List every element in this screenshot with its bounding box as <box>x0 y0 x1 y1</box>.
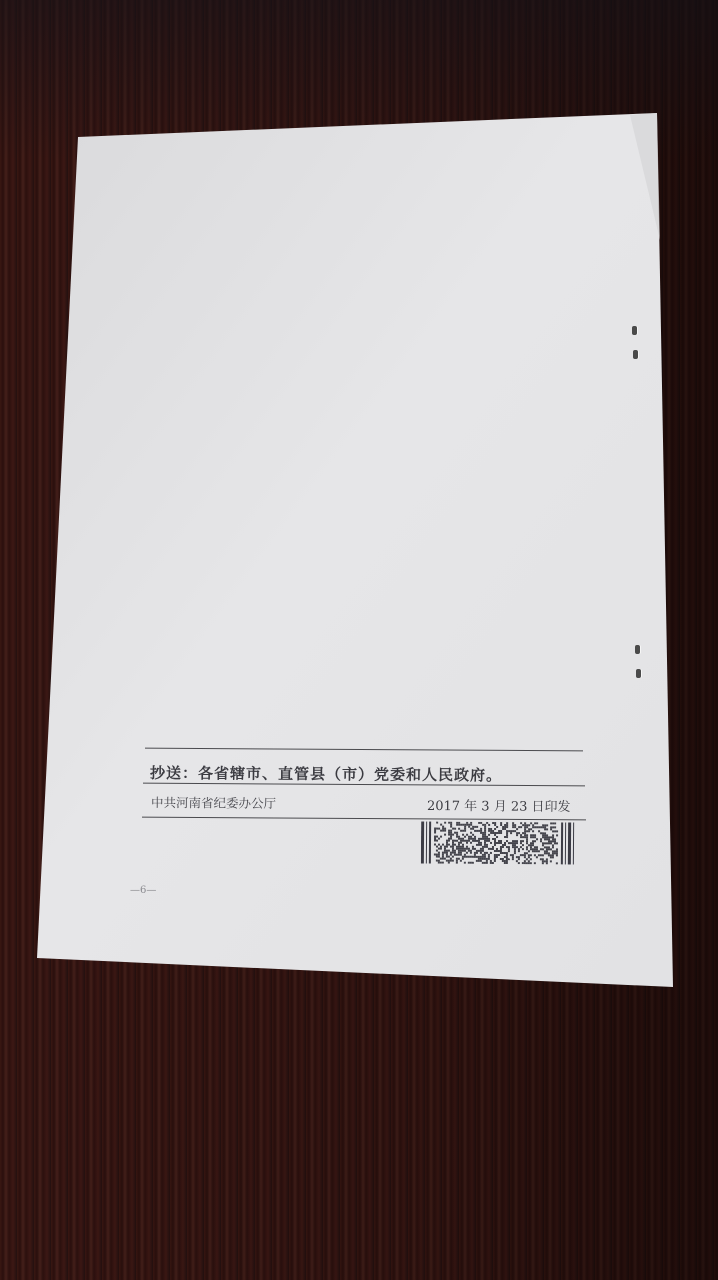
punch-hole <box>635 645 640 654</box>
divider-top <box>145 748 583 752</box>
cc-recipients: 抄送：各省辖市、直管县（市）党委和人民政府。 <box>150 762 502 785</box>
punch-hole <box>636 669 641 678</box>
2d-barcode-icon <box>421 821 577 864</box>
issue-date: 2017 年 3 月 23 日印发 <box>427 795 571 815</box>
punch-hole <box>633 350 638 359</box>
punch-hole <box>632 326 637 335</box>
issuing-office: 中共河南省纪委办公厅 <box>151 793 276 812</box>
document-page: 抄送：各省辖市、直管县（市）党委和人民政府。 中共河南省纪委办公厅 2017 年… <box>0 0 718 1280</box>
divider-middle <box>143 783 585 787</box>
divider-bottom <box>142 817 586 821</box>
page-number: —6— <box>130 885 156 896</box>
